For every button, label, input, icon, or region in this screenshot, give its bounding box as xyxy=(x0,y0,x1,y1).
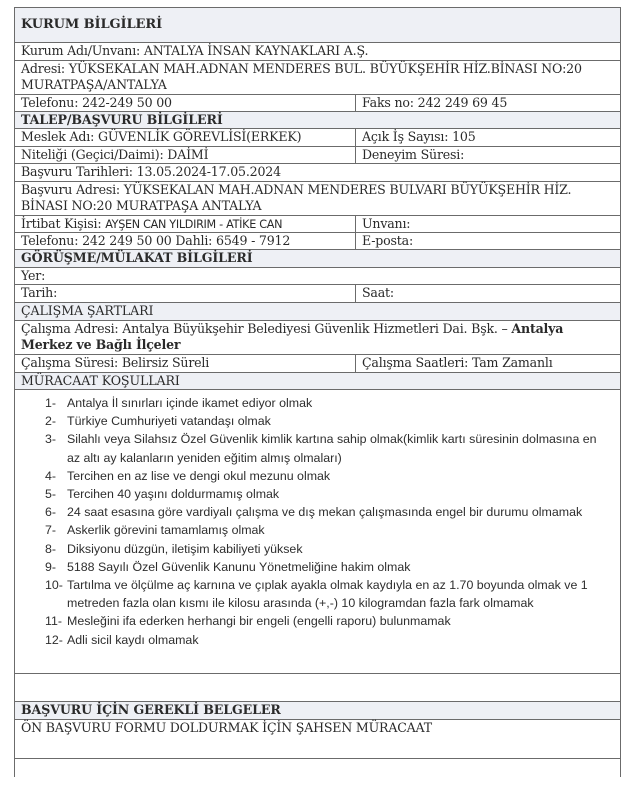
kurum-contact-row: Telefonu: 242-249 50 00 Faks no: 242 249… xyxy=(15,95,620,112)
list-item-number: 10- xyxy=(45,576,67,612)
calisma-adresi: Çalışma Adresi: Antalya Büyükşehir Beled… xyxy=(15,321,620,354)
section-title: GÖRÜŞME/MÜLAKAT BİLGİLERİ xyxy=(15,250,620,267)
list-item: 11-Mesleğini ifa ederken herhangi bir en… xyxy=(15,612,620,630)
nitelik-row: Niteliği (Geçici/Daimi): DAİMİ Deneyim S… xyxy=(15,147,620,164)
kurum-adres-line2: MURATPAŞA/ANTALYA xyxy=(21,77,614,93)
kurum-telefon: Telefonu: 242-249 50 00 xyxy=(15,95,356,111)
list-item: 5-Tercihen 40 yaşını doldurmamış olmak xyxy=(15,485,620,503)
list-item-text: Tercihen 40 yaşını doldurmamış olmak xyxy=(67,485,612,503)
irtibat-value: AYŞEN CAN YILDIRIM - ATİKE CAN xyxy=(105,218,282,231)
section-title: KURUM BİLGİLERİ xyxy=(15,17,620,33)
section-title: ÇALIŞMA ŞARTLARI xyxy=(15,303,620,320)
section-title: BAŞVURU İÇİN GEREKLİ BELGELER xyxy=(15,702,620,719)
list-item-number: 7- xyxy=(45,521,67,539)
tarih-saat-row: Tarih: Saat: xyxy=(15,285,620,303)
calisma-saatleri: Çalışma Saatleri: Tam Zamanlı xyxy=(356,355,620,372)
basvuru-adres-line1: Başvuru Adresi: YÜKSEKALAN MAH.ADNAN MEN… xyxy=(21,182,614,198)
gorusme-yer: Yer: xyxy=(15,268,620,284)
basvuru-adres-row: Başvuru Adresi: YÜKSEKALAN MAH.ADNAN MEN… xyxy=(15,182,620,216)
basvuru-adres-line2: BİNASI NO:20 MURATPAŞA ANTALYA xyxy=(21,198,614,214)
muracaat-list: 1-Antalya İl sınırları içinde ikamet edi… xyxy=(15,390,620,673)
kurum-adi: Kurum Adı/Unvanı: ANTALYA İNSAN KAYNAKLA… xyxy=(15,43,620,60)
list-item-number: 1- xyxy=(45,394,67,412)
belgeler-text: ÖN BAŞVURU FORMU DOLDURMAK İÇİN ŞAHSEN M… xyxy=(15,720,620,758)
yer-row: Yer: xyxy=(15,268,620,285)
section-belgeler-header: BAŞVURU İÇİN GEREKLİ BELGELER xyxy=(15,702,620,720)
list-item-number: 4- xyxy=(45,467,67,485)
meslek-adi: Meslek Adı: GÜVENLİK GÖREVLİSİ(ERKEK) xyxy=(15,129,356,146)
job-posting-form: KURUM BİLGİLERİ Kurum Adı/Unvanı: ANTALY… xyxy=(14,7,621,777)
eposta: E-posta: xyxy=(356,233,620,249)
basvuru-adresi: Başvuru Adresi: YÜKSEKALAN MAH.ADNAN MEN… xyxy=(15,182,620,215)
list-item-number: 11- xyxy=(45,612,67,630)
list-item-text: Silahlı veya Silahsız Özel Güvenlik kiml… xyxy=(67,430,612,466)
list-item: 4-Tercihen en az lise ve dengi okul mezu… xyxy=(15,467,620,485)
list-item: 7-Askerlik görevini tamamlamış olmak xyxy=(15,521,620,539)
list-item-text: 5188 Sayılı Özel Güvenlik Kanunu Yönetme… xyxy=(67,558,612,576)
irtibat-row: İrtibat Kişisi: AYŞEN CAN YILDIRIM - ATİ… xyxy=(15,216,620,233)
list-item-number: 12- xyxy=(45,631,67,649)
list-item-text: Diksiyonu düzgün, iletişim kabiliyeti yü… xyxy=(67,540,612,558)
belgeler-row: ÖN BAŞVURU FORMU DOLDURMAK İÇİN ŞAHSEN M… xyxy=(15,720,620,759)
deneyim-suresi: Deneyim Süresi: xyxy=(356,147,620,163)
talep-contact-row: Telefonu: 242 249 50 00 Dahli: 6549 - 79… xyxy=(15,233,620,250)
list-item-number: 3- xyxy=(45,430,67,466)
kurum-adi-row: Kurum Adı/Unvanı: ANTALYA İNSAN KAYNAKLA… xyxy=(15,43,620,61)
section-muracaat-header: MÜRACAAT KOŞULLARI xyxy=(15,373,620,390)
kurum-adres-row: Adresi: YÜKSEKALAN MAH.ADNAN MENDERES BU… xyxy=(15,61,620,95)
list-item-text: Türkiye Cumhuriyeti vatandaşı olmak xyxy=(67,412,612,430)
section-title: TALEP/BAŞVURU BİLGİLERİ xyxy=(15,112,620,128)
calisma-suresi: Çalışma Süresi: Belirsiz Süreli xyxy=(15,355,356,372)
calisma-adres-text: Çalışma Adresi: Antalya Büyükşehir Beled… xyxy=(21,321,511,336)
muracaat-list-row: 1-Antalya İl sınırları içinde ikamet edi… xyxy=(15,390,620,674)
list-item: 3-Silahlı veya Silahsız Özel Güvenlik ki… xyxy=(15,430,620,466)
basvuru-tarihleri: Başvuru Tarihleri: 13.05.2024-17.05.2024 xyxy=(15,164,620,181)
blank-bottom-row xyxy=(15,759,620,777)
list-item-number: 5- xyxy=(45,485,67,503)
list-item: 9-5188 Sayılı Özel Güvenlik Kanunu Yönet… xyxy=(15,558,620,576)
list-item: 6-24 saat esasına göre vardiyalı çalışma… xyxy=(15,503,620,521)
calisma-sure-row: Çalışma Süresi: Belirsiz Süreli Çalışma … xyxy=(15,355,620,373)
calisma-adres-row: Çalışma Adresi: Antalya Büyükşehir Beled… xyxy=(15,321,620,355)
list-item-text: Tercihen en az lise ve dengi okul mezunu… xyxy=(67,467,612,485)
irtibat-label: İrtibat Kişisi: xyxy=(21,216,105,231)
list-item-text: 24 saat esasına göre vardiyalı çalışma v… xyxy=(67,503,612,521)
list-item: 2-Türkiye Cumhuriyeti vatandaşı olmak xyxy=(15,412,620,430)
meslek-row: Meslek Adı: GÜVENLİK GÖREVLİSİ(ERKEK) Aç… xyxy=(15,129,620,147)
niteligi: Niteliği (Geçici/Daimi): DAİMİ xyxy=(15,147,356,163)
irtibat-kisisi: İrtibat Kişisi: AYŞEN CAN YILDIRIM - ATİ… xyxy=(15,216,356,232)
kurum-adres-line1: Adresi: YÜKSEKALAN MAH.ADNAN MENDERES BU… xyxy=(21,61,614,77)
list-item-text: Tartılma ve ölçülme aç karnına ve çıplak… xyxy=(67,576,612,612)
kurum-faks: Faks no: 242 249 69 45 xyxy=(356,95,620,111)
list-item-number: 9- xyxy=(45,558,67,576)
talep-telefon: Telefonu: 242 249 50 00 Dahli: 6549 - 79… xyxy=(15,233,356,249)
gorusme-tarih: Tarih: xyxy=(15,285,356,302)
acik-is-sayisi: Açık İş Sayısı: 105 xyxy=(356,129,620,146)
section-calisma-header: ÇALIŞMA ŞARTLARI xyxy=(15,303,620,321)
unvani: Unvanı: xyxy=(356,216,620,232)
list-item: 10-Tartılma ve ölçülme aç karnına ve çıp… xyxy=(15,576,620,612)
list-item-text: Antalya İl sınırları içinde ikamet ediyo… xyxy=(67,394,612,412)
list-item-text: Askerlik görevini tamamlamış olmak xyxy=(67,521,612,539)
section-gorusme-header: GÖRÜŞME/MÜLAKAT BİLGİLERİ xyxy=(15,250,620,268)
list-item-text: Adli sicil kaydı olmamak xyxy=(67,631,612,649)
section-talep-header: TALEP/BAŞVURU BİLGİLERİ xyxy=(15,112,620,129)
list-item: 8-Diksiyonu düzgün, iletişim kabiliyeti … xyxy=(15,540,620,558)
tarihler-row: Başvuru Tarihleri: 13.05.2024-17.05.2024 xyxy=(15,164,620,182)
list-item: 1-Antalya İl sınırları içinde ikamet edi… xyxy=(15,394,620,412)
kurum-adres: Adresi: YÜKSEKALAN MAH.ADNAN MENDERES BU… xyxy=(15,61,620,94)
list-item-number: 6- xyxy=(45,503,67,521)
gorusme-saat: Saat: xyxy=(356,285,620,302)
list-item: 12-Adli sicil kaydı olmamak xyxy=(15,631,620,649)
list-item-text: Mesleğini ifa ederken herhangi bir engel… xyxy=(67,612,612,630)
list-item-number: 2- xyxy=(45,412,67,430)
blank-row xyxy=(15,674,620,702)
section-kurum-header: KURUM BİLGİLERİ xyxy=(15,8,620,43)
section-title: MÜRACAAT KOŞULLARI xyxy=(15,373,620,389)
list-item-number: 8- xyxy=(45,540,67,558)
